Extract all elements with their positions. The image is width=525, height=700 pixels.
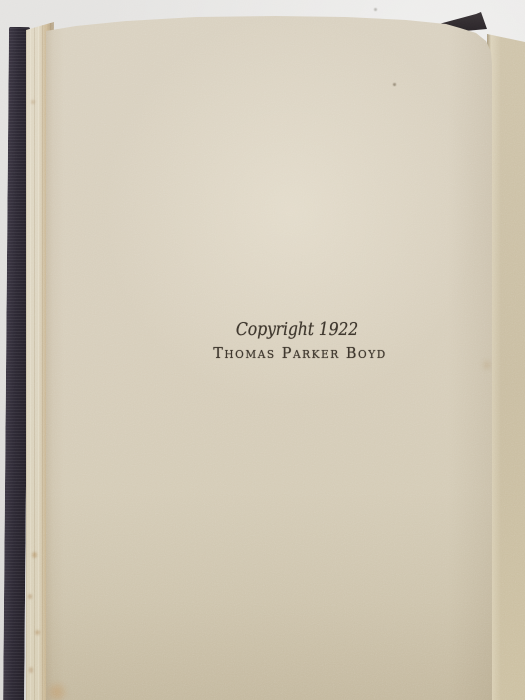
author-text: Thomas Parker Boyd bbox=[213, 344, 386, 362]
foxing-spot bbox=[29, 667, 33, 673]
foxing-spot bbox=[31, 100, 35, 104]
paper-smudge bbox=[46, 680, 68, 700]
paper-speck bbox=[393, 83, 396, 86]
gutter-page bbox=[487, 0, 525, 700]
foxing-spot bbox=[35, 630, 40, 635]
book-photograph: Copyright 1922 Thomas Parker Boyd bbox=[0, 0, 525, 700]
copyright-text: Copyright 1922 bbox=[236, 320, 358, 340]
foxing-spot bbox=[32, 552, 37, 558]
foxing-spot bbox=[28, 594, 32, 599]
dust-speck bbox=[374, 8, 377, 11]
paper-smudge bbox=[482, 358, 492, 372]
